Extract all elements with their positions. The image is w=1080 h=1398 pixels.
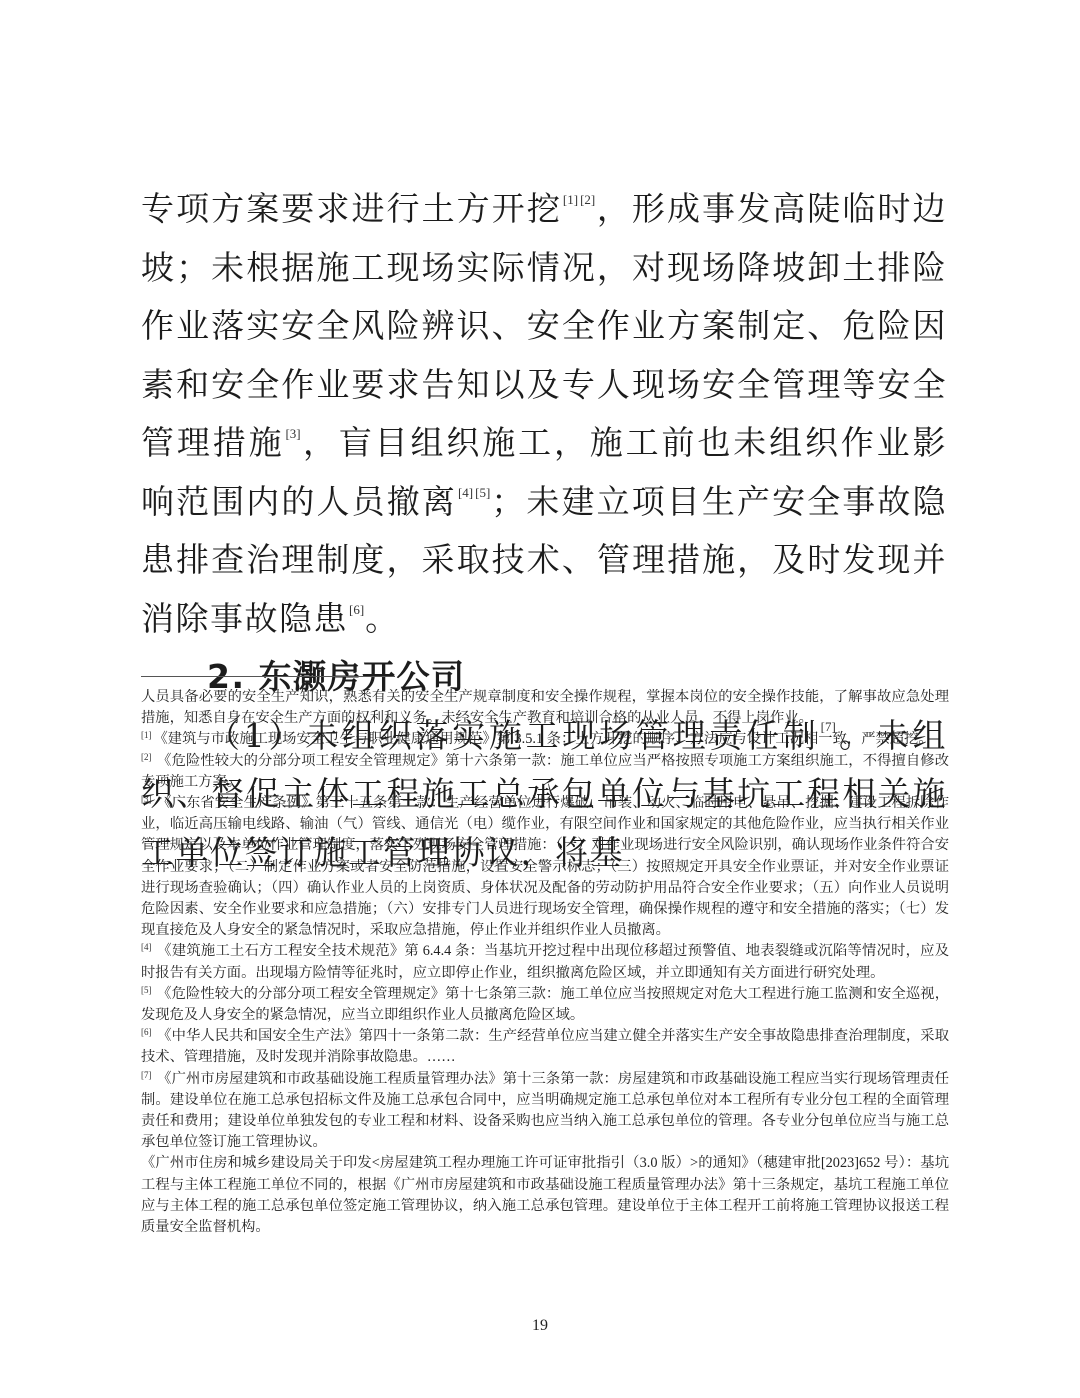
footnotes: 人员具备必要的安全生产知识，熟悉有关的安全生产规章制度和安全操作规程，掌握本岗位… (141, 687, 949, 1238)
text-segment: 。 (365, 599, 400, 638)
text-segment: 专项方案要求进行土方开挖 (141, 189, 562, 228)
footnote-text: 《中华人民共和国安全生产法》第四十一条第二款：生产经营单位应当建立健全并落实生产… (141, 1028, 949, 1065)
footnote-ref-1[interactable]: [1] (563, 192, 578, 207)
footnote-text: 《广州市房屋建筑和市政基础设施工程质量管理办法》第十三条第一款：房屋建筑和市政基… (141, 1071, 949, 1151)
page-number: 19 (0, 1317, 1080, 1335)
footnote-3: [3] 《广东省安全生产条例》第三十五条第一款：生产经营单位进行爆破、吊装、动火… (141, 793, 949, 941)
footnote-text: 《建筑与市政施工现场安全卫生与职业健康通用规范》第 3.5.1 条：土方开挖的顺… (154, 731, 933, 747)
footnote-7-extra: 《广州市住房和城乡建设局关于印发<房屋建筑工程办理施工许可证审批指引（3.0 版… (141, 1153, 949, 1238)
footnote-5: [5] 《危险性较大的分部分项工程安全管理规定》第十七条第三款：施工单位应当按照… (141, 984, 949, 1026)
footnote-1: [1]《建筑与市政施工现场安全卫生与职业健康通用规范》第 3.5.1 条：土方开… (141, 729, 949, 750)
document-page: 专项方案要求进行土方开挖[1][2]，形成事发高陡临时边坡；未根据施工现场实际情… (0, 0, 1080, 1398)
footnote-marker: [4] (141, 942, 152, 952)
footnote-ref-6[interactable]: [6] (349, 602, 364, 617)
footnote-marker: [3] (141, 794, 152, 804)
footnote-7: [7] 《广州市房屋建筑和市政基础设施工程质量管理办法》第十三条第一款：房屋建筑… (141, 1069, 949, 1154)
footnote-marker: [5] (141, 985, 152, 995)
footnote-marker: [1] (141, 730, 152, 740)
footnote-ref-2[interactable]: [2] (580, 192, 595, 207)
footnote-ref-5[interactable]: [5] (475, 485, 490, 500)
footnote-ref-4[interactable]: [4] (458, 485, 473, 500)
footnote-2: [2] 《危险性较大的分部分项工程安全管理规定》第十六条第一款：施工单位应当严格… (141, 751, 949, 793)
footnote-marker: [6] (141, 1027, 152, 1037)
body-paragraph-1: 专项方案要求进行土方开挖[1][2]，形成事发高陡临时边坡；未根据施工现场实际情… (141, 180, 947, 648)
footnote-separator (141, 676, 395, 677)
footnote-4: [4] 《建筑施工土石方工程安全技术规范》第 6.4.4 条：当基坑开挖过程中出… (141, 941, 949, 983)
footnote-marker: [7] (141, 1070, 152, 1080)
footnote-text: 《危险性较大的分部分项工程安全管理规定》第十七条第三款：施工单位应当按照规定对危… (141, 986, 949, 1023)
text-segment: ，形成事发高陡临时边坡；未根据施工现场实际情况，对现场降坡卸土排险作业落实安全风… (141, 189, 947, 462)
footnote-text: 《危险性较大的分部分项工程安全管理规定》第十六条第一款：施工单位应当严格按照专项… (141, 753, 949, 790)
footnote-text: 《建筑施工土石方工程安全技术规范》第 6.4.4 条：当基坑开挖过程中出现位移超… (141, 943, 949, 980)
footnote-text: 《广东省安全生产条例》第三十五条第一款：生产经营单位进行爆破、吊装、动火、临时用… (141, 795, 949, 938)
footnote-ref-3[interactable]: [3] (285, 426, 300, 441)
footnote-marker: [2] (141, 752, 152, 762)
footnote-6: [6] 《中华人民共和国安全生产法》第四十一条第二款：生产经营单位应当建立健全并… (141, 1026, 949, 1068)
footnote-continued: 人员具备必要的安全生产知识，熟悉有关的安全生产规章制度和安全操作规程，掌握本岗位… (141, 687, 949, 729)
